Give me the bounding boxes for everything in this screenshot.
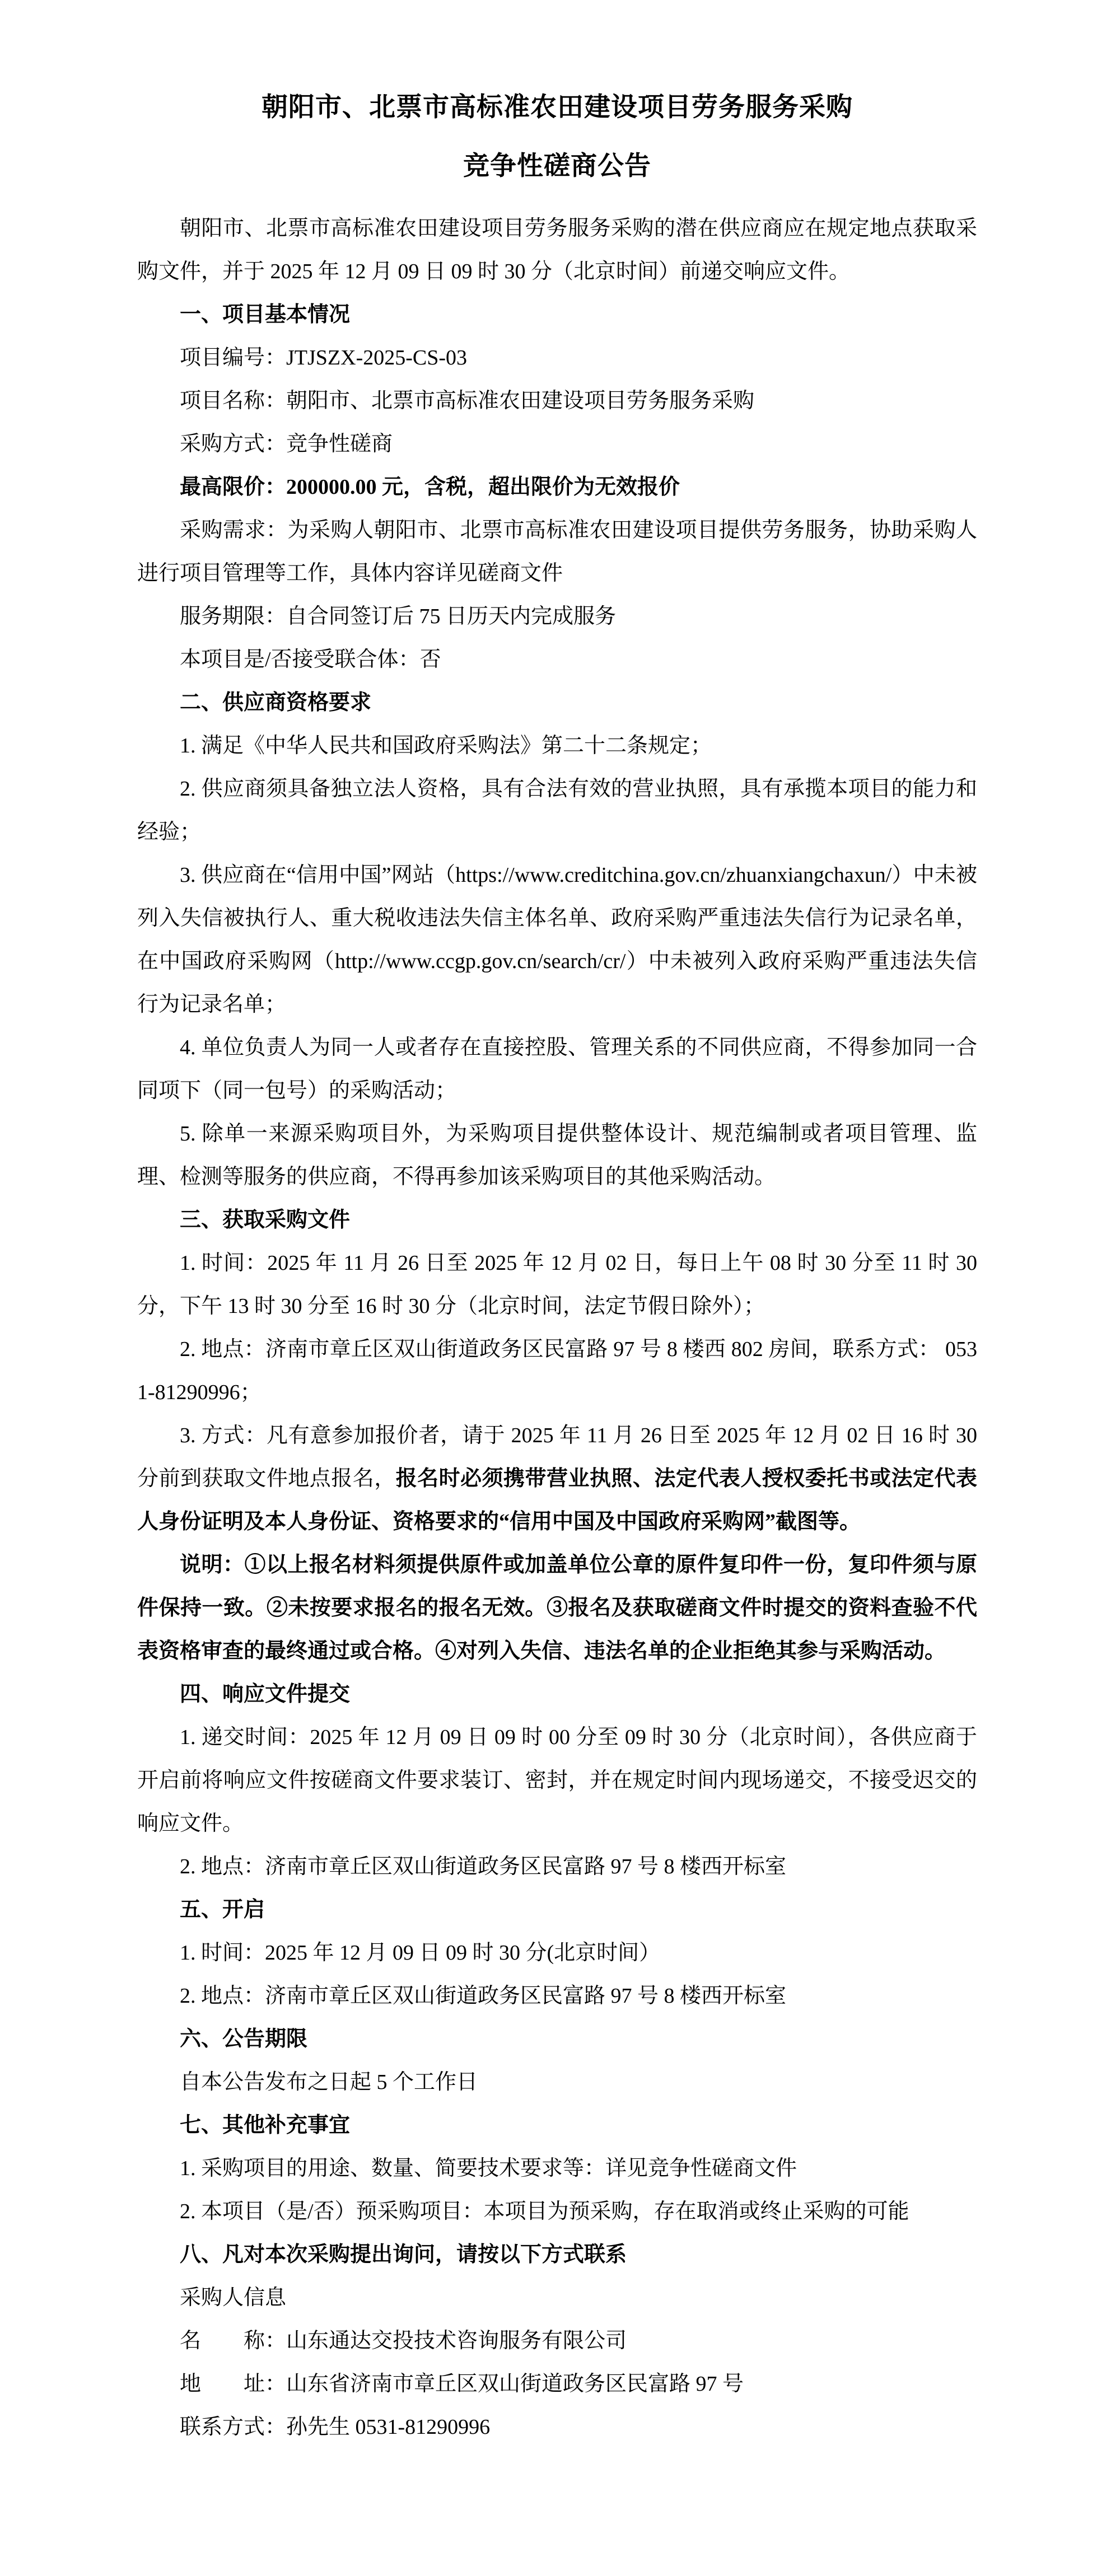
text-run: 本项目是/否接受联合体：否 (180, 648, 441, 671)
document-paragraph: 服务期限：自合同签订后 75 日历天内完成服务 (137, 595, 977, 638)
section-heading: 一、项目基本情况 (137, 293, 977, 336)
document-paragraph: 项目编号：JTJSZX-2025-CS-03 (137, 336, 977, 380)
text-run: 1. 时间：2025 年 11 月 26 日至 2025 年 12 月 02 日… (137, 1251, 977, 1318)
text-run: 联系方式：孙先生 0531-81290996 (180, 2415, 490, 2439)
text-run: 1. 采购项目的用途、数量、简要技术要求等：详见竞争性磋商文件 (180, 2157, 797, 2180)
document-paragraph: 最高限价：200000.00 元，含税，超出限价为无效报价 (137, 466, 977, 509)
text-run: 2. 地点：济南市章丘区双山街道政务区民富路 97 号 8 楼西开标室 (180, 1984, 786, 2008)
text-run: 项目编号：JTJSZX-2025-CS-03 (180, 346, 467, 370)
text-run: 采购人信息 (180, 2286, 286, 2309)
text-run: 1. 时间：2025 年 12 月 09 日 09 时 30 分(北京时间） (180, 1941, 660, 1965)
text-run: 六、公告期限 (180, 2027, 307, 2051)
text-run: 朝阳市、北票市高标准农田建设项目劳务服务采购的潜在供应商应在规定地点获取采购文件… (137, 217, 977, 283)
text-run: 采购方式：竞争性磋商 (180, 432, 393, 456)
document-title-line2: 竞争性磋商公告 (137, 137, 977, 196)
text-run: 三、获取采购文件 (180, 1208, 350, 1232)
document-paragraph: 2. 地点：济南市章丘区双山街道政务区民富路 97 号 8 楼西开标室 (137, 1845, 977, 1888)
document-paragraph: 采购需求：为采购人朝阳市、北票市高标准农田建设项目提供劳务服务，协助采购人进行项… (137, 509, 977, 595)
document-paragraph: 地 址：山东省济南市章丘区双山街道政务区民富路 97 号 (137, 2363, 977, 2406)
document-paragraph: 采购人信息 (137, 2276, 977, 2320)
text-run: 1. 满足《中华人民共和国政府采购法》第二十二条规定； (180, 734, 712, 758)
document-paragraph: 2. 供应商须具备独立法人资格，具有合法有效的营业执照，具有承揽本项目的能力和经… (137, 768, 977, 854)
section-heading: 八、凡对本次采购提出询问，请按以下方式联系 (137, 2233, 977, 2276)
document-paragraph: 3. 供应商在“信用中国”网站（https://www.creditchina.… (137, 854, 977, 1026)
document-paragraph: 1. 采购项目的用途、数量、简要技术要求等：详见竞争性磋商文件 (137, 2147, 977, 2190)
text-run: 七、其他补充事宜 (180, 2114, 350, 2137)
text-run: 2. 本项目（是/否）预采购项目：本项目为预采购，存在取消或终止采购的可能 (180, 2200, 909, 2223)
text-run: 4. 单位负责人为同一人或者存在直接控股、管理关系的不同供应商，不得参加同一合同… (137, 1036, 977, 1102)
document-paragraph: 2. 本项目（是/否）预采购项目：本项目为预采购，存在取消或终止采购的可能 (137, 2190, 977, 2233)
document-body: 朝阳市、北票市高标准农田建设项目劳务服务采购的潜在供应商应在规定地点获取采购文件… (137, 207, 977, 2449)
text-run: 2. 地点：济南市章丘区双山街道政务区民富路 97 号 8 楼西 802 房间，… (137, 1338, 977, 1404)
document-paragraph: 朝阳市、北票市高标准农田建设项目劳务服务采购的潜在供应商应在规定地点获取采购文件… (137, 207, 977, 293)
text-run: 四、响应文件提交 (180, 1682, 350, 1706)
text-run: 5. 除单一来源采购项目外，为采购项目提供整体设计、规范编制或者项目管理、监理、… (137, 1122, 977, 1189)
document-paragraph: 2. 地点：济南市章丘区双山街道政务区民富路 97 号 8 楼西开标室 (137, 1975, 977, 2018)
section-heading: 七、其他补充事宜 (137, 2104, 977, 2147)
text-run: 3. 供应商在“信用中国”网站（https://www.creditchina.… (137, 863, 977, 1016)
section-heading: 二、供应商资格要求 (137, 681, 977, 724)
document-paragraph: 2. 地点：济南市章丘区双山街道政务区民富路 97 号 8 楼西 802 房间，… (137, 1328, 977, 1414)
text-run: 项目名称：朝阳市、北票市高标准农田建设项目劳务服务采购 (180, 389, 754, 413)
text-run: 采购需求：为采购人朝阳市、北票市高标准农田建设项目提供劳务服务，协助采购人进行项… (137, 518, 977, 585)
document-title-line1: 朝阳市、北票市高标准农田建设项目劳务服务采购 (137, 78, 977, 137)
text-run: 五、开启 (180, 1898, 265, 1922)
text-run: 地 址：山东省济南市章丘区双山街道政务区民富路 97 号 (180, 2372, 744, 2396)
text-run: 八、凡对本次采购提出询问，请按以下方式联系 (180, 2243, 627, 2266)
document-paragraph: 1. 递交时间：2025 年 12 月 09 日 09 时 00 分至 09 时… (137, 1716, 977, 1845)
document-paragraph: 1. 满足《中华人民共和国政府采购法》第二十二条规定； (137, 724, 977, 768)
text-run: 一、项目基本情况 (180, 303, 350, 326)
text-run: 服务期限：自合同签订后 75 日历天内完成服务 (180, 605, 616, 628)
document-paragraph: 本项目是/否接受联合体：否 (137, 638, 977, 681)
document-paragraph: 采购方式：竞争性磋商 (137, 423, 977, 466)
document-paragraph: 1. 时间：2025 年 11 月 26 日至 2025 年 12 月 02 日… (137, 1242, 977, 1328)
document-paragraph: 5. 除单一来源采购项目外，为采购项目提供整体设计、规范编制或者项目管理、监理、… (137, 1112, 977, 1199)
document-paragraph: 3. 方式：凡有意参加报价者，请于 2025 年 11 月 26 日至 2025… (137, 1414, 977, 1544)
text-run: 二、供应商资格要求 (180, 691, 371, 714)
document-paragraph: 说明：①以上报名材料须提供原件或加盖单位公章的原件复印件一份，复印件须与原件保持… (137, 1544, 977, 1673)
text-run: 2. 地点：济南市章丘区双山街道政务区民富路 97 号 8 楼西开标室 (180, 1855, 786, 1878)
text-run: 1. 递交时间：2025 年 12 月 09 日 09 时 00 分至 09 时… (137, 1726, 977, 1835)
document-paragraph: 自本公告发布之日起 5 个工作日 (137, 2061, 977, 2104)
document-paragraph: 1. 时间：2025 年 12 月 09 日 09 时 30 分(北京时间） (137, 1932, 977, 1975)
section-heading: 四、响应文件提交 (137, 1673, 977, 1716)
text-run: 说明：①以上报名材料须提供原件或加盖单位公章的原件复印件一份，复印件须与原件保持… (137, 1553, 977, 1663)
section-heading: 五、开启 (137, 1888, 977, 1932)
document-paragraph: 项目名称：朝阳市、北票市高标准农田建设项目劳务服务采购 (137, 380, 977, 423)
document-page: 朝阳市、北票市高标准农田建设项目劳务服务采购 竞争性磋商公告 朝阳市、北票市高标… (0, 0, 1111, 2576)
text-run: 自本公告发布之日起 5 个工作日 (180, 2070, 478, 2094)
text-run: 2. 供应商须具备独立法人资格，具有合法有效的营业执照，具有承揽本项目的能力和经… (137, 777, 977, 844)
section-heading: 六、公告期限 (137, 2018, 977, 2061)
document-paragraph: 联系方式：孙先生 0531-81290996 (137, 2406, 977, 2449)
section-heading: 三、获取采购文件 (137, 1199, 977, 1242)
text-run: 最高限价：200000.00 元，含税，超出限价为无效报价 (180, 475, 680, 499)
document-paragraph: 名 称：山东通达交投技术咨询服务有限公司 (137, 2320, 977, 2363)
document-paragraph: 4. 单位负责人为同一人或者存在直接控股、管理关系的不同供应商，不得参加同一合同… (137, 1026, 977, 1112)
text-run: 名 称：山东通达交投技术咨询服务有限公司 (180, 2329, 627, 2353)
